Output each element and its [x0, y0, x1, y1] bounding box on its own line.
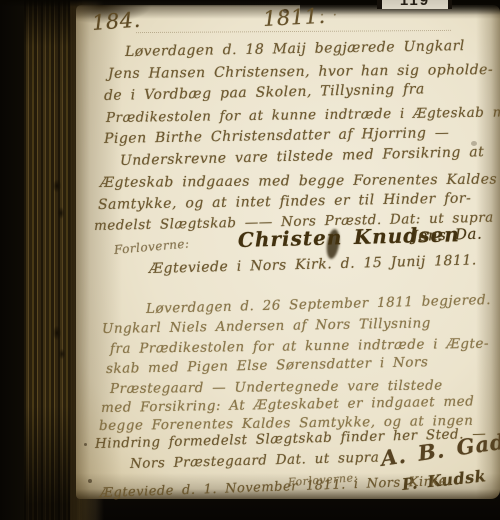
paper-speck: [88, 479, 92, 483]
paper-speck: [283, 9, 288, 13]
frame-counter-label: 119: [377, 0, 452, 9]
paper-speck: [84, 443, 87, 446]
paper-speck: [471, 141, 477, 146]
frame-counter-digits: 119: [382, 0, 448, 9]
page-number: 184.: [91, 8, 141, 35]
year-heading: 1811.: [262, 4, 326, 31]
witness-signature-2: Jens Da.: [412, 225, 483, 245]
header-marks: · ·: [320, 8, 337, 23]
scanned-register-photo: 119 184. 1811. · · Løverdagen d. 18 Maij…: [0, 0, 500, 520]
